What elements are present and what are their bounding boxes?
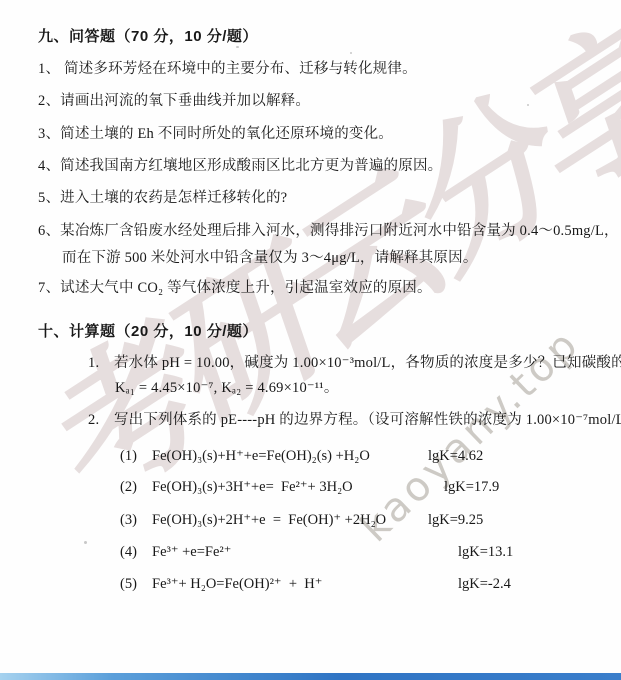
equation-3-formula: Fe(OH)₃(s)+2H⁺+e = Fe(OH)⁺ +2H₂O [152,512,386,529]
equation-row-5: (5) Fe³⁺+ H₂O=Fe(OH)²⁺ + H⁺ lgK=-2.4 [0,576,621,594]
question-6-line2: 而在下游 500 米处河水中铅含量仅为 3～4μg/L，请解释其原因。 [62,251,478,266]
question-2: 2、请画出河流的氧下垂曲线并加以解释。 [38,94,310,109]
equation-row-2: (2) Fe(OH)₃(s)+3H⁺+e= Fe²⁺+ 3H₂O lgK=17.… [0,479,621,497]
scan-speck [350,52,352,54]
question-5: 5、进入土壤的农药是怎样迁移转化的? [38,191,287,206]
bottom-blue-bar [0,673,621,680]
calc-item2: 2. 写出下列体系的 pE----pH 的边界方程。（设可溶解性铁的浓度为 1.… [88,413,621,428]
equation-row-4: (4) Fe³⁺ +e=Fe²⁺ lgK=13.1 [0,544,621,562]
equation-row-1: (1) Fe(OH)₃(s)+H⁺+e=Fe(OH)₂(s) +H₂O lgK=… [0,448,621,466]
scan-speck [236,46,239,48]
equation-3-lgk: lgK=9.25 [428,512,483,529]
equation-4-lgk: lgK=13.1 [458,544,513,561]
equation-row-3: (3) Fe(OH)₃(s)+2H⁺+e = Fe(OH)⁺ +2H₂O lgK… [0,512,621,530]
question-1: 1、 简述多环芳烃在环境中的主要分布、迁移与转化规律。 [38,62,417,77]
section9-title: 九、问答题（70 分，10 分/题） [38,29,258,44]
equation-2-lgk: lgK=17.9 [444,479,499,496]
exam-page: 考研云分享 kaoyany.top 九、问答题（70 分，10 分/题） 1、 … [0,0,621,680]
equation-4-number: (4) [120,544,137,561]
equation-2-number: (2) [120,479,137,496]
equation-2-formula: Fe(OH)₃(s)+3H⁺+e= Fe²⁺+ 3H₂O [152,479,353,496]
section10-title: 十、计算题（20 分，10 分/题） [38,324,258,339]
equation-1-formula: Fe(OH)₃(s)+H⁺+e=Fe(OH)₂(s) +H₂O [152,448,370,465]
calc-item1-line1: 1. 若水体 pH = 10.00，碱度为 1.00×10⁻³mol/L，各物质… [88,356,621,371]
scan-speck [527,104,529,106]
question-4: 4、简述我国南方红壤地区形成酸雨区比北方更为普遍的原因。 [38,159,442,174]
equation-5-formula: Fe³⁺+ H₂O=Fe(OH)²⁺ + H⁺ [152,576,322,593]
calc-item1-line2: Kₐ₁ = 4.45×10⁻⁷, Kₐ₂ = 4.69×10⁻¹¹。 [115,381,339,396]
equation-4-formula: Fe³⁺ +e=Fe²⁺ [152,544,231,561]
question-6-line1: 6、某冶炼厂含铅废水经处理后排入河水，测得排污口附近河水中铅含量为 0.4～0.… [38,224,619,239]
question-3: 3、简述土壤的 Eh 不同时所处的氧化还原环境的变化。 [38,127,393,142]
equation-5-lgk: lgK=-2.4 [458,576,511,593]
question-7: 7、试述大气中 CO₂ 等气体浓度上升，引起温室效应的原因。 [38,281,432,296]
equation-5-number: (5) [120,576,137,593]
equation-3-number: (3) [120,512,137,529]
equation-1-lgk: lgK=4.62 [428,448,483,465]
scan-speck [84,541,87,544]
equation-1-number: (1) [120,448,137,465]
